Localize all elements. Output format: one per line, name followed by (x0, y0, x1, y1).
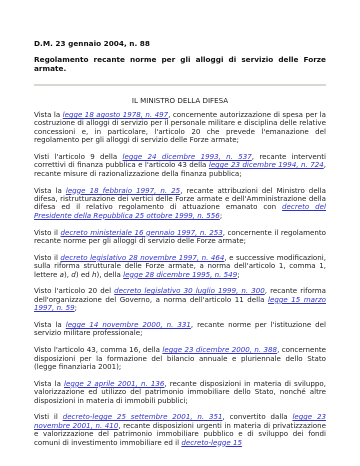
decree-link[interactable]: decreto-legge 15 (181, 438, 242, 447)
preamble-paragraph-9: Vista la legge 2 aprile 2001, n. 136, re… (34, 380, 326, 405)
preamble-paragraph-10: Visti il decreto-legge 25 settembre 2001… (34, 413, 326, 447)
preamble-paragraph-5: Visto il decreto legislativo 28 novembre… (34, 254, 326, 279)
preamble-paragraph-3: Vista la legge 18 febbraio 1997, n. 25, … (34, 187, 326, 221)
decree-heading: D.M. 23 gennaio 2004, n. 88 (34, 40, 326, 48)
preamble-paragraph-4: Visto il decreto ministeriale 16 gennaio… (34, 229, 326, 246)
text: ; (75, 303, 77, 312)
issuing-authority: IL MINISTRO DELLA DIFESA (34, 97, 326, 105)
regulation-title: Regolamento recante norme per gli allogg… (34, 56, 326, 73)
text: ; (220, 211, 222, 220)
preamble-paragraph-1: Vista la legge 18 agosto 1978, n. 497, c… (34, 111, 326, 145)
document-page: D.M. 23 gennaio 2004, n. 88 Regolamento … (34, 40, 326, 456)
text: ), della (96, 270, 123, 279)
preamble-paragraph-7: Vista la legge 14 novembre 2000, n. 331,… (34, 321, 326, 338)
law-link[interactable]: legge 28 dicembre 1995, n. 549 (123, 270, 237, 279)
text: ) ed (76, 270, 92, 279)
preamble-paragraph-6: Visto l'articolo 20 del decreto legislat… (34, 287, 326, 312)
text: ; (237, 270, 239, 279)
horizontal-rule (34, 84, 326, 86)
preamble-paragraph-2: Visti l'articolo 9 della legge 24 dicemb… (34, 153, 326, 178)
preamble-paragraph-8: Visto l'articolo 43, comma 16, della leg… (34, 346, 326, 371)
